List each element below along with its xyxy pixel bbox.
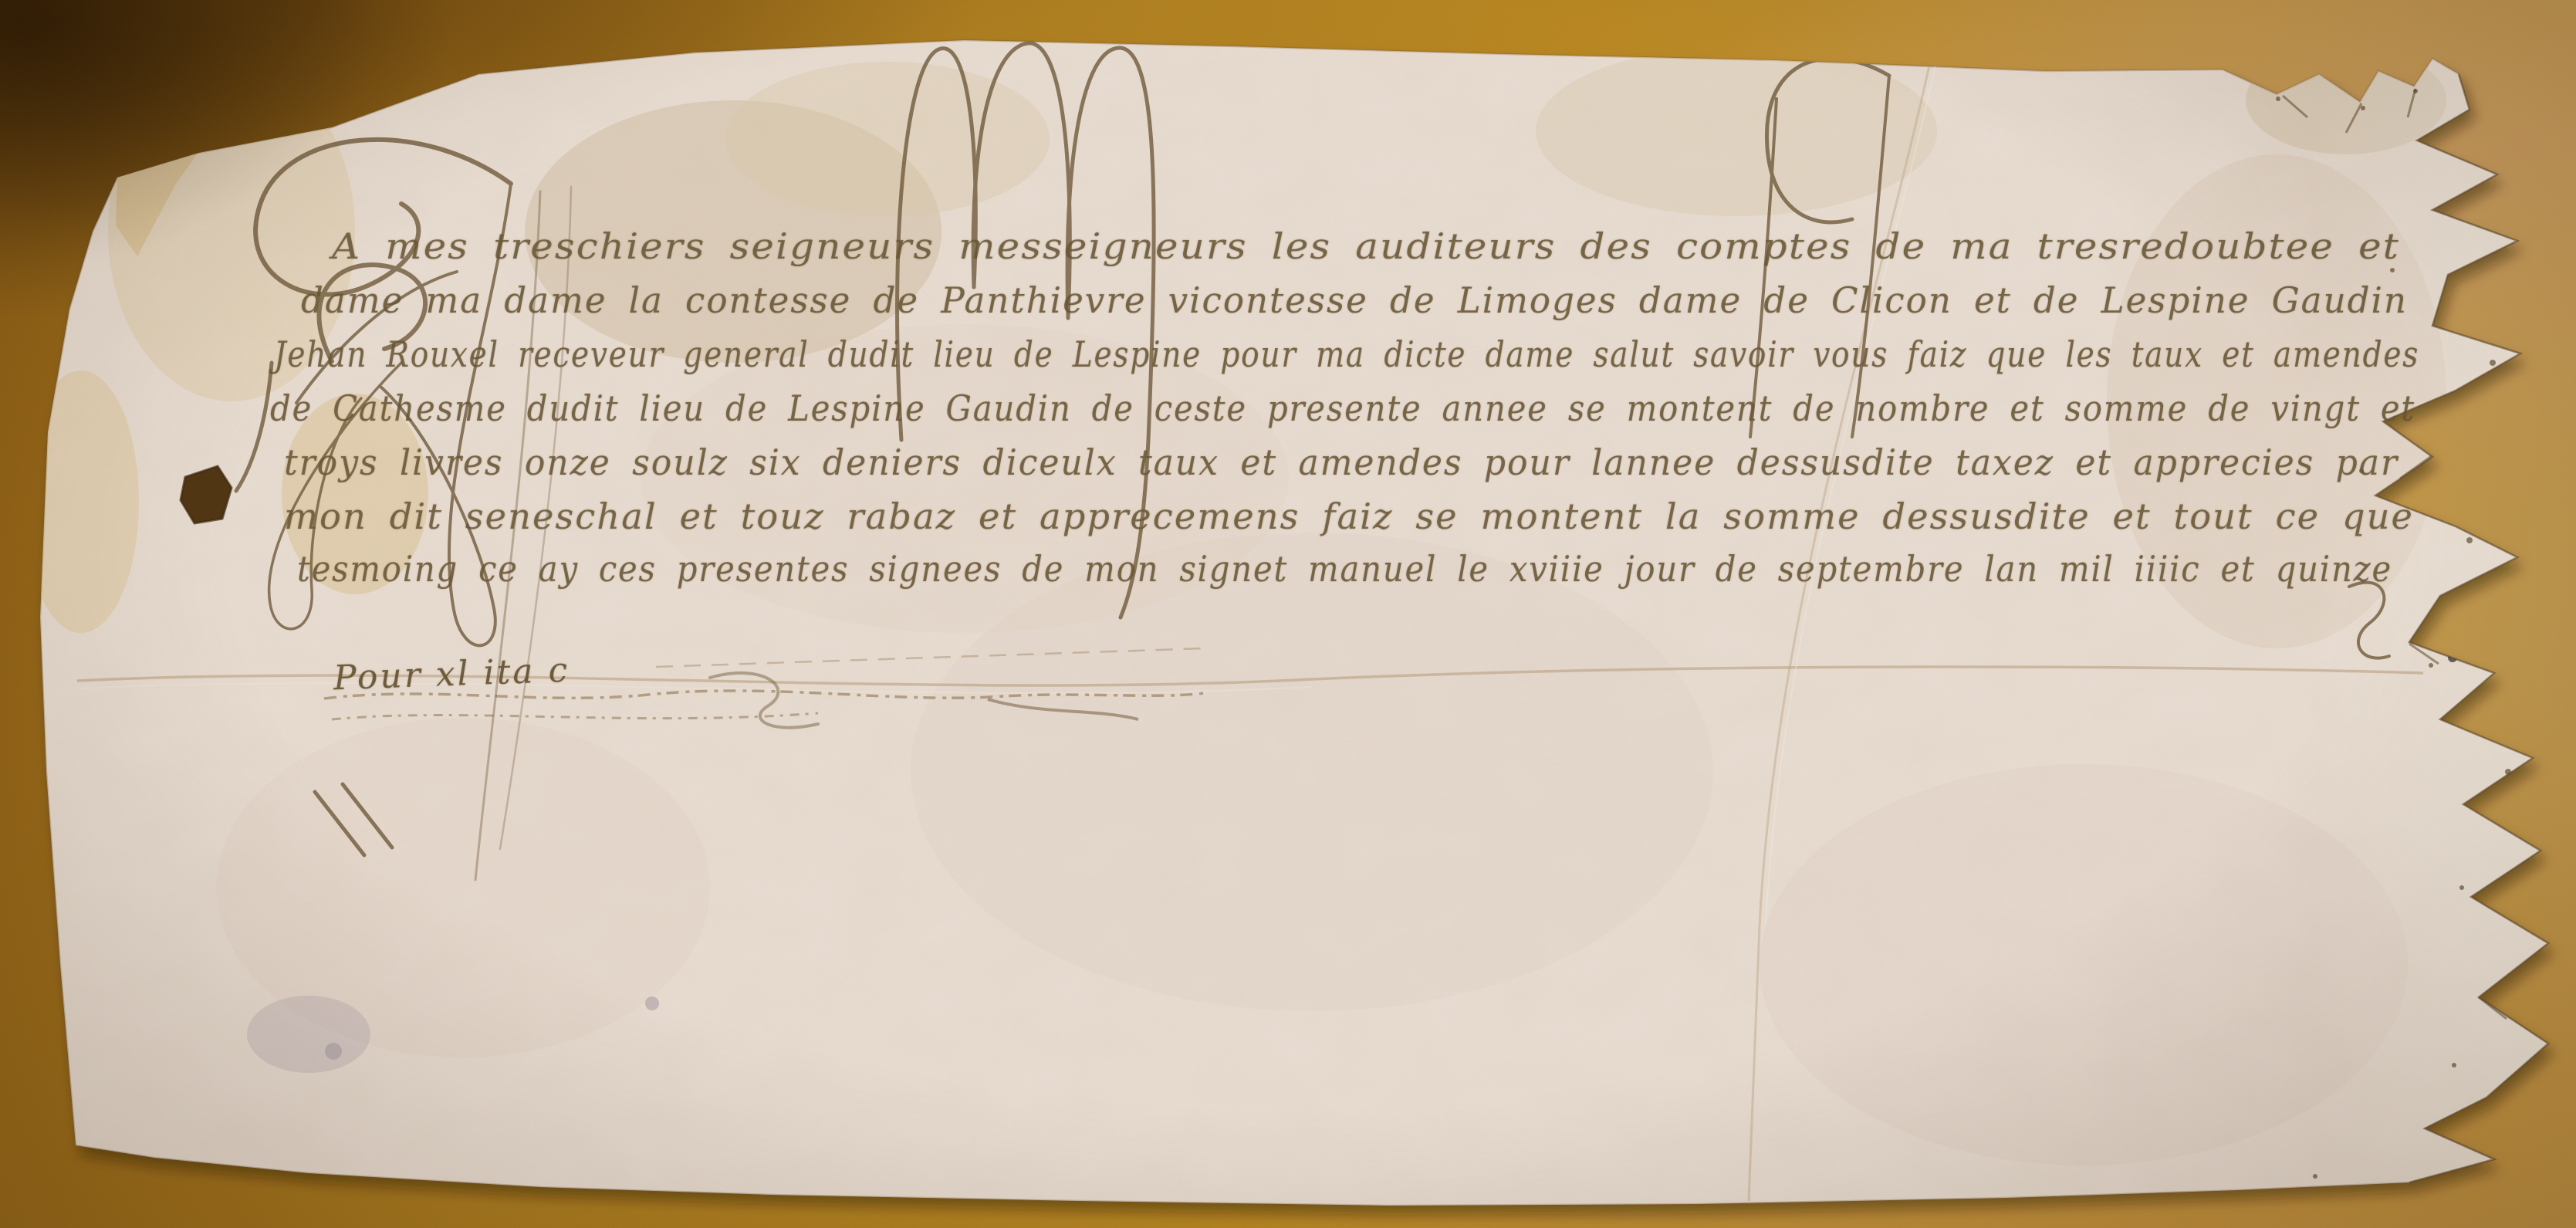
photo-canvas: A mes treschiers seigneurs messeigneurs …: [0, 0, 2576, 1228]
manuscript-line-4: de Cathesme dudit lieu de Lespine Gaudin…: [270, 387, 2415, 429]
parchment-graphic: [0, 0, 2576, 1228]
photo-grain: [0, 0, 2576, 1228]
manuscript-line-7: tesmoing ce ay ces presentes signees de …: [297, 548, 2392, 590]
manuscript-line-2: dame ma dame la contesse de Panthievre v…: [301, 279, 2408, 321]
manuscript-line-1: A mes treschiers seigneurs messeigneurs …: [332, 225, 2400, 267]
manuscript-line-6: mon dit seneschal et touz rabaz et appre…: [284, 496, 2414, 537]
docket-annotation: Pour xl ita c: [333, 651, 570, 699]
manuscript-line-5: troys livres onze soulz six deniers dice…: [284, 441, 2399, 483]
manuscript-line-3: Jehan Rouxel receveur general dudit lieu…: [274, 333, 2419, 375]
